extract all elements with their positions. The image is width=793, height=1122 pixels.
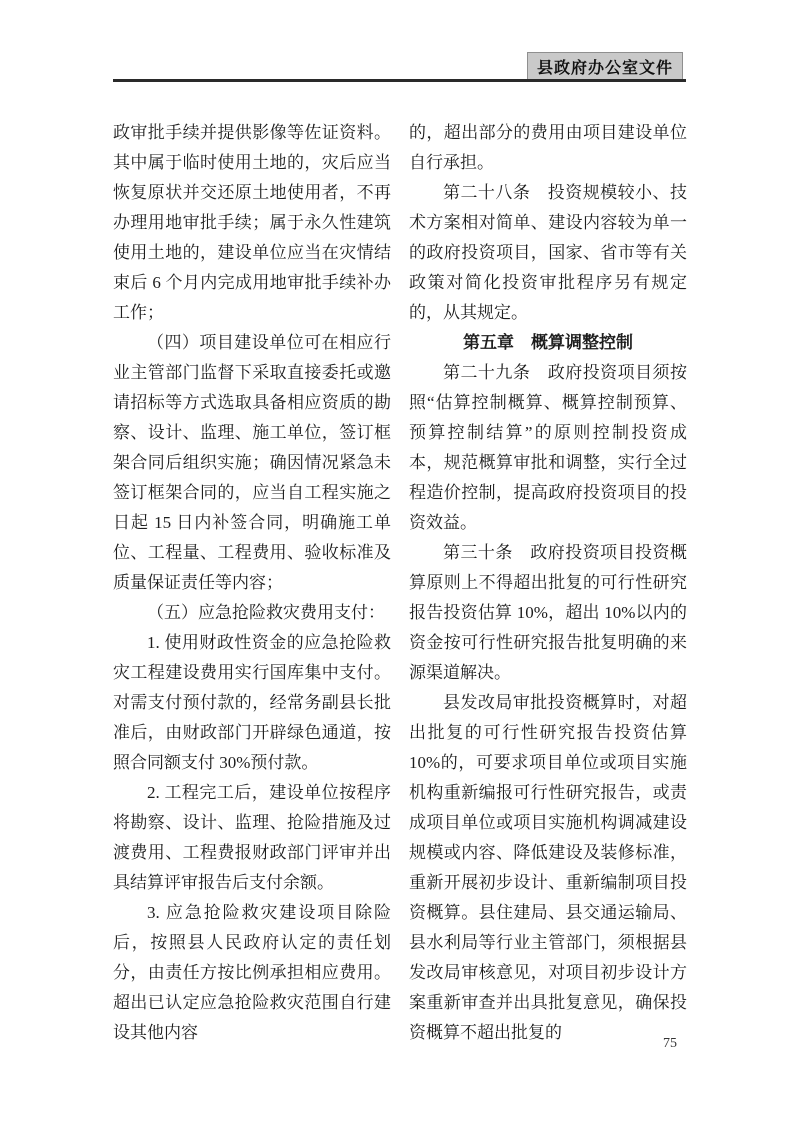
paragraph: 第三十条 政府投资项目投资概算原则上不得超出批复的可行性研究报告投资估算 10%… xyxy=(409,538,687,688)
paragraph: 县发改局审批投资概算时，对超出批复的可行性研究报告投资估算 10%的，可要求项目… xyxy=(409,688,687,1048)
right-column: 的，超出部分的费用由项目建设单位自行承担。 第二十八条 投资规模较小、技术方案相… xyxy=(409,118,687,1048)
chapter-heading: 第五章 概算调整控制 xyxy=(409,328,687,358)
paragraph: 3. 应急抢险救灾建设项目除险后，按照县人民政府认定的责任划分，由责任方按比例承… xyxy=(113,898,391,1048)
paragraph: 第二十九条 政府投资项目须按照“估算控制概算、概算控制预算、预算控制结算”的原则… xyxy=(409,358,687,538)
left-column: 政审批手续并提供影像等佐证资料。其中属于临时使用土地的，灾后应当恢复原状并交还原… xyxy=(113,118,391,1048)
paragraph: （四）项目建设单位可在相应行业主管部门监督下采取直接委托或邀请招标等方式选取具备… xyxy=(113,328,391,598)
paragraph: 的，超出部分的费用由项目建设单位自行承担。 xyxy=(409,118,687,178)
paragraph: 1. 使用财政性资金的应急抢险救灾工程建设费用实行国库集中支付。对需支付预付款的… xyxy=(113,628,391,778)
header-label: 县政府办公室文件 xyxy=(537,55,673,78)
page-number: 75 xyxy=(650,1036,690,1052)
paragraph: 第二十八条 投资规模较小、技术方案相对简单、建设内容较为单一的政府投资项目，国家… xyxy=(409,178,687,328)
document-page: 县政府办公室文件 政审批手续并提供影像等佐证资料。其中属于临时使用土地的，灾后应… xyxy=(0,0,793,1122)
paragraph: 2. 工程完工后，建设单位按程序将勘察、设计、监理、抢险措施及过渡费用、工程费报… xyxy=(113,778,391,898)
header-label-box: 县政府办公室文件 xyxy=(527,52,683,81)
header-rule xyxy=(113,79,686,82)
paragraph: （五）应急抢险救灾费用支付： xyxy=(113,598,391,628)
paragraph: 政审批手续并提供影像等佐证资料。其中属于临时使用土地的，灾后应当恢复原状并交还原… xyxy=(113,118,391,328)
